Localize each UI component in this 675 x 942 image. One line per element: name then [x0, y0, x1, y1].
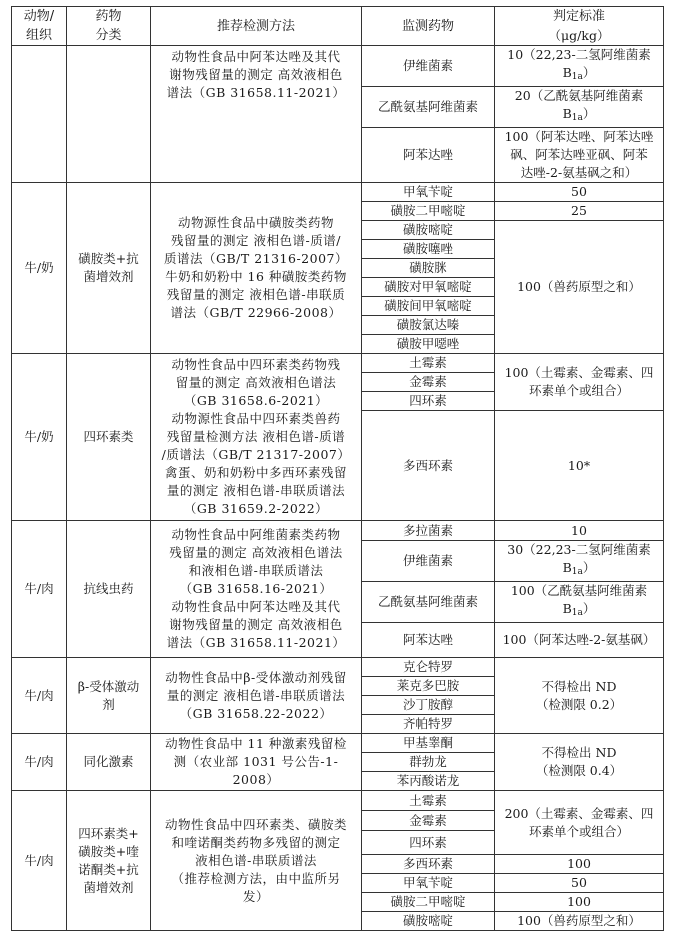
- animal-cell: 牛/肉: [12, 791, 67, 931]
- paren: ）: [583, 560, 596, 575]
- standard-cell: 100（阿苯达唑、阿苯达唑 砜、阿苯达唑亚砜、阿苯 达唑-2-氨基砜之和）: [495, 128, 664, 183]
- standard-cell: 100（土霉素、金霉素、四 环素单个或组合）: [495, 354, 664, 411]
- subscript: 1a: [572, 608, 583, 618]
- animal-cell: 牛/肉: [12, 734, 67, 791]
- header-standard-label: 判定标准: [498, 7, 660, 26]
- drug-cell: 磺胺甲噁唑: [362, 335, 495, 354]
- subscript: 1a: [572, 113, 583, 123]
- b-text: B: [563, 106, 572, 121]
- standard-text: 20（乙酰氨基阿维菌素: [515, 88, 643, 103]
- method-cell: 动物性食品中β-受体激动剂残留 量的测定 液相色谱-串联质谱法 （GB 3165…: [151, 658, 362, 734]
- drug-cell: 多西环素: [362, 855, 495, 874]
- category-cell: 同化激素: [67, 734, 151, 791]
- drug-cell: 克仑特罗: [362, 658, 495, 677]
- drug-cell: 沙丁胺醇: [362, 696, 495, 715]
- animal-cell: 牛/奶: [12, 354, 67, 521]
- animal-cell: 牛/肉: [12, 521, 67, 658]
- drug-cell: 磺胺对甲氧嘧啶: [362, 278, 495, 297]
- drug-cell: 四环素: [362, 831, 495, 855]
- drug-cell: 磺胺嘧啶: [362, 912, 495, 931]
- category-cell: 四环素类: [67, 354, 151, 521]
- header-drug: 监测药物: [362, 7, 495, 46]
- header-row: 动物/ 组织 药物 分类 推荐检测方法 监测药物 判定标准 （μg/kg）: [12, 7, 664, 46]
- table-row: 牛/肉 β-受体激动 剂 动物性食品中β-受体激动剂残留 量的测定 液相色谱-串…: [12, 658, 664, 677]
- drug-cell: 磺胺二甲嘧啶: [362, 202, 495, 221]
- drug-cell: 土霉素: [362, 791, 495, 811]
- standard-cell: 10*: [495, 411, 664, 521]
- drug-cell: 甲氧苄啶: [362, 183, 495, 202]
- b-text: B: [563, 601, 572, 616]
- method-cell: 动物性食品中四环素类、磺胺类 和喹诺酮类药物多残留的测定 液相色谱-串联质谱法 …: [151, 791, 362, 931]
- b-text: B: [563, 65, 572, 80]
- drug-cell: 磺胺间甲氧嘧啶: [362, 297, 495, 316]
- category-cell: [67, 46, 151, 183]
- drug-cell: 甲氧苄啶: [362, 874, 495, 893]
- drug-cell: 金霉素: [362, 373, 495, 392]
- table-row: 牛/奶 四环素类 动物性食品中四环素类药物残 留量的测定 高效液相色谱法 （GB…: [12, 354, 664, 373]
- standard-cell: 100（兽药原型之和）: [495, 912, 664, 931]
- paren: ）: [583, 601, 596, 616]
- standard-cell: 25: [495, 202, 664, 221]
- standard-cell: 50: [495, 874, 664, 893]
- drug-cell: 乙酰氨基阿维菌素: [362, 87, 495, 128]
- animal-cell: 牛/奶: [12, 183, 67, 354]
- category-cell: 抗线虫药: [67, 521, 151, 658]
- standard-cell: 10: [495, 521, 664, 541]
- method-cell: 动物性食品中四环素类药物残 留量的测定 高效液相色谱法 （GB 31658.6-…: [151, 354, 362, 521]
- header-standard: 判定标准 （μg/kg）: [495, 7, 664, 46]
- paren: ）: [583, 106, 596, 121]
- method-cell: 动物性食品中阿维菌素类药物 残留量的测定 高效液相色谱法 和液相色谱-串联质谱法…: [151, 521, 362, 658]
- category-cell: 磺胺类+抗 菌增效剂: [67, 183, 151, 354]
- table-row: 牛/奶 磺胺类+抗 菌增效剂 动物源性食品中磺胺类药物 残留量的测定 液相色谱-…: [12, 183, 664, 202]
- animal-cell: 牛/肉: [12, 658, 67, 734]
- drug-cell: 群勃龙: [362, 753, 495, 772]
- drug-cell: 甲基睾酮: [362, 734, 495, 753]
- header-standard-unit: （μg/kg）: [498, 26, 660, 45]
- table-row: 牛/肉 四环素类+ 磺胺类+喹 诺酮类+抗 菌增效剂 动物性食品中四环素类、磺胺…: [12, 791, 664, 811]
- table-row: 动物性食品中阿苯达唑及其代 谢物残留量的测定 高效液相色 谱法（GB 31658…: [12, 46, 664, 87]
- standard-text: 100（乙酰氨基阿维菌素: [511, 583, 647, 598]
- header-category: 药物 分类: [67, 7, 151, 46]
- drug-cell: 多拉菌素: [362, 521, 495, 541]
- standard-cell: 50: [495, 183, 664, 202]
- standard-cell: 100: [495, 893, 664, 912]
- method-cell: 动物性食品中阿苯达唑及其代 谢物残留量的测定 高效液相色 谱法（GB 31658…: [151, 46, 362, 183]
- standard-cell: 100: [495, 855, 664, 874]
- drug-cell: 四环素: [362, 392, 495, 411]
- drug-cell: 阿苯达唑: [362, 623, 495, 658]
- header-method: 推荐检测方法: [151, 7, 362, 46]
- drug-cell: 磺胺嘧啶: [362, 221, 495, 240]
- drug-residue-table: 动物/ 组织 药物 分类 推荐检测方法 监测药物 判定标准 （μg/kg） 动物…: [11, 6, 664, 931]
- standard-cell: 100（兽药原型之和）: [495, 221, 664, 354]
- method-cell: 动物源性食品中磺胺类药物 残留量的测定 液相色谱-质谱/ 质谱法（GB/T 21…: [151, 183, 362, 354]
- standard-cell: 100（乙酰氨基阿维菌素B1a）: [495, 582, 664, 623]
- drug-cell: 阿苯达唑: [362, 128, 495, 183]
- standard-text: 10（22,23-二氢阿维菌素: [507, 47, 650, 62]
- standard-cell: 10（22,23-二氢阿维菌素B1a）: [495, 46, 664, 87]
- standard-cell: 不得检出 ND （检测限 0.4）: [495, 734, 664, 791]
- standard-cell: 100（阿苯达唑-2-氨基砜）: [495, 623, 664, 658]
- category-cell: 四环素类+ 磺胺类+喹 诺酮类+抗 菌增效剂: [67, 791, 151, 931]
- drug-cell: 磺胺氯达嗪: [362, 316, 495, 335]
- standard-cell: 不得检出 ND （检测限 0.2）: [495, 658, 664, 734]
- paren: ）: [583, 65, 596, 80]
- drug-cell: 土霉素: [362, 354, 495, 373]
- drug-cell: 多西环素: [362, 411, 495, 521]
- drug-cell: 伊维菌素: [362, 541, 495, 582]
- drug-cell: 磺胺脒: [362, 259, 495, 278]
- drug-cell: 伊维菌素: [362, 46, 495, 87]
- standard-cell: 20（乙酰氨基阿维菌素B1a）: [495, 87, 664, 128]
- drug-cell: 磺胺噻唑: [362, 240, 495, 259]
- standard-cell: 30（22,23-二氢阿维菌素B1a）: [495, 541, 664, 582]
- subscript: 1a: [572, 72, 583, 82]
- drug-cell: 乙酰氨基阿维菌素: [362, 582, 495, 623]
- drug-cell: 齐帕特罗: [362, 715, 495, 734]
- drug-cell: 磺胺二甲嘧啶: [362, 893, 495, 912]
- b-text: B: [563, 560, 572, 575]
- drug-cell: 苯丙酸诺龙: [362, 772, 495, 791]
- drug-cell: 金霉素: [362, 811, 495, 831]
- table-row: 牛/肉 抗线虫药 动物性食品中阿维菌素类药物 残留量的测定 高效液相色谱法 和液…: [12, 521, 664, 541]
- standard-cell: 200（土霉素、金霉素、四 环素单个或组合）: [495, 791, 664, 855]
- category-cell: β-受体激动 剂: [67, 658, 151, 734]
- method-cell: 动物性食品中 11 种激素残留检 测（农业部 1031 号公告-1-2008）: [151, 734, 362, 791]
- header-animal: 动物/ 组织: [12, 7, 67, 46]
- subscript: 1a: [572, 567, 583, 577]
- drug-cell: 莱克多巴胺: [362, 677, 495, 696]
- standard-text: 30（22,23-二氢阿维菌素: [507, 542, 650, 557]
- animal-cell: [12, 46, 67, 183]
- table-row: 牛/肉 同化激素 动物性食品中 11 种激素残留检 测（农业部 1031 号公告…: [12, 734, 664, 753]
